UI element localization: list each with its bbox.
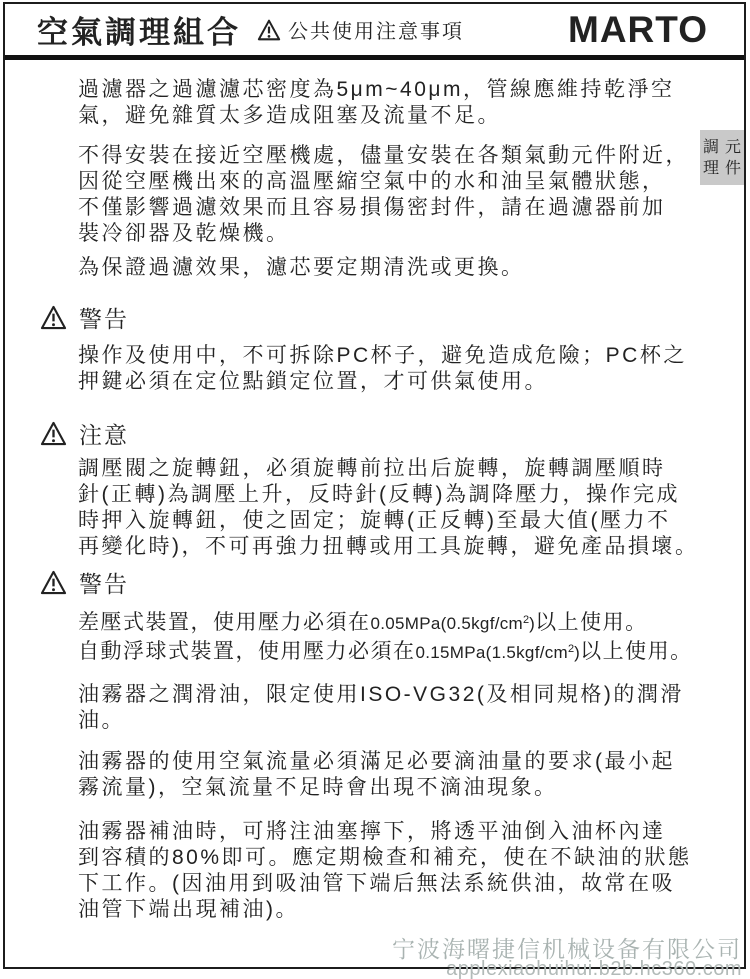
page-title: 空氣調理組合 bbox=[37, 7, 241, 52]
pressure-line-differential: 差壓式裝置，使用壓力必須在0.05MPa(0.5kgf/cm2)以上使用。 bbox=[78, 610, 714, 639]
paragraph-refill-oil: 油霧器補油時，可將注油塞擰下，將透平油倒入油杯內達 到容積的80%即可。應定期檢… bbox=[78, 819, 714, 923]
paragraph-pc-cup: 操作及使用中，不可拆除PC杯子，避免造成危險；PC杯之 押鍵必須在定位點鎖定位置… bbox=[78, 343, 714, 395]
document-header: 空氣調理組合 公共使用注意事項 MARTO bbox=[5, 4, 744, 55]
pressure-text: 差壓式裝置，使用壓力必須在 bbox=[78, 611, 371, 634]
pressure-superscript: 2 bbox=[568, 643, 574, 655]
side-tab-char: 理 bbox=[703, 158, 719, 179]
pressure-tail: 以上使用。 bbox=[535, 611, 648, 634]
document-frame: 空氣調理組合 公共使用注意事項 MARTO 過濾器之過濾濾芯密度為5μm~40μ… bbox=[3, 2, 746, 969]
caution-heading: 注意 bbox=[40, 419, 714, 447]
warning-triangle-icon bbox=[40, 570, 67, 595]
side-index-tab[interactable]: 調 理 元 件 bbox=[700, 130, 744, 185]
caution-heading-label: 注意 bbox=[79, 417, 129, 450]
side-tab-column: 調 理 bbox=[703, 137, 719, 179]
paragraph-installation: 不得安裝在接近空壓機處，儘量安裝在各類氣動元件附近， 因從空壓機出來的高溫壓縮空… bbox=[78, 143, 714, 247]
side-tab-char: 元 bbox=[725, 137, 741, 158]
paragraph-air-flow: 油霧器的使用空氣流量必須滿足必要滴油量的要求(最小起 霧流量)，空氣流量不足時會… bbox=[78, 749, 714, 801]
warning-triangle-icon bbox=[257, 19, 281, 41]
header-notice-label: 公共使用注意事項 bbox=[288, 15, 464, 44]
warning-triangle-icon bbox=[40, 305, 67, 330]
paragraph-filter-density: 過濾器之過濾濾芯密度為5μm~40μm，管線應維持乾淨空 氣，避免雜質太多造成阻… bbox=[78, 77, 714, 129]
header-divider bbox=[5, 55, 744, 60]
warning-heading-label: 警告 bbox=[79, 566, 129, 599]
warning-heading-1: 警告 bbox=[40, 303, 714, 331]
watermark-url: applexiaohuihui.b2b.hc360.com bbox=[392, 959, 742, 979]
brand-logo: MARTO bbox=[568, 9, 708, 51]
warning-triangle-icon bbox=[40, 421, 67, 446]
side-tab-column: 元 件 bbox=[725, 137, 741, 179]
paragraph-cleaning: 為保證過濾效果，濾芯要定期清洗或更換。 bbox=[78, 255, 714, 281]
side-tab-char: 調 bbox=[703, 137, 719, 158]
pressure-tail: 以上使用。 bbox=[580, 640, 693, 663]
warning-heading-label: 警告 bbox=[79, 301, 129, 334]
warning-heading-2: 警告 bbox=[40, 568, 714, 596]
watermark: 宁波海曙捷信机械设备有限公司 applexiaohuihui.b2b.hc360… bbox=[392, 937, 742, 979]
pressure-value: 0.15MPa(1.5kgf/cm bbox=[416, 643, 569, 662]
pressure-line-float: 自動浮球式裝置，使用壓力必須在0.15MPa(1.5kgf/cm2)以上使用。 bbox=[78, 639, 714, 668]
pressure-value: 0.05MPa(0.5kgf/cm bbox=[371, 614, 524, 633]
paragraph-regulator-knob: 調壓閥之旋轉鈕，必須旋轉前拉出后旋轉，旋轉調壓順時 針(正轉)為調壓上升，反時針… bbox=[78, 456, 714, 560]
header-notice: 公共使用注意事項 bbox=[257, 15, 464, 44]
pressure-text: 自動浮球式裝置，使用壓力必須在 bbox=[78, 640, 416, 663]
side-tab-char: 件 bbox=[725, 158, 741, 179]
pressure-superscript: 2 bbox=[523, 614, 529, 626]
paragraph-lubricant: 油霧器之潤滑油，限定使用ISO-VG32(及相同規格)的潤滑 油。 bbox=[78, 682, 714, 734]
document-body: 過濾器之過濾濾芯密度為5μm~40μm，管線應維持乾淨空 氣，避免雜質太多造成阻… bbox=[5, 77, 744, 923]
